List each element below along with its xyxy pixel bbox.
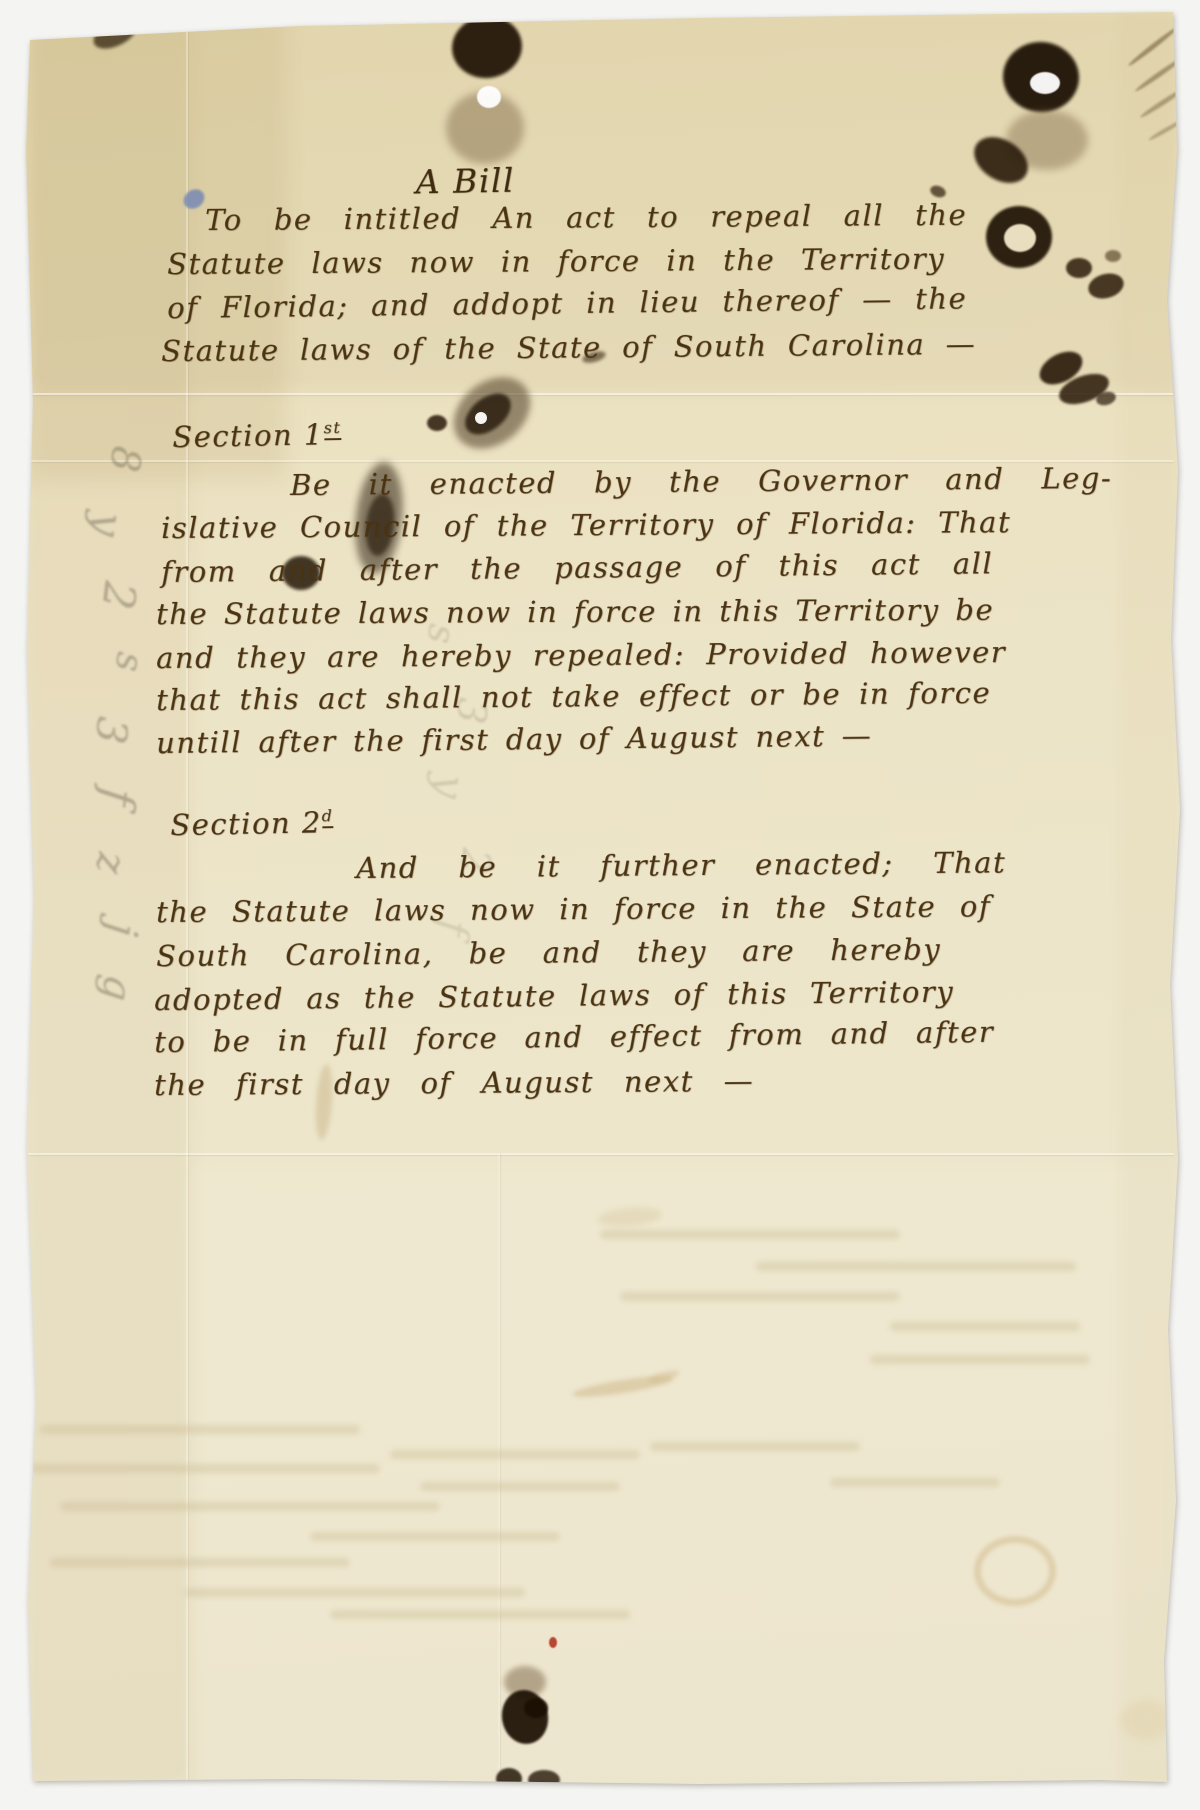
red-dot	[549, 1637, 557, 1648]
top-right-ink-blot-core	[1000, 39, 1082, 115]
scratch-mark-3	[1139, 86, 1187, 120]
bottom-edge-blot-2	[528, 1770, 560, 1790]
section-2-heading-superscript: d	[322, 806, 334, 828]
ghost-showthrough-row	[390, 1450, 640, 1459]
section-1-line-7: untill after the first day of August nex…	[156, 719, 872, 761]
section-1-line-6: that this act shall not take effect or b…	[156, 676, 991, 718]
blue-pigment-mark	[180, 185, 208, 212]
ghost-showthrough-glyph: y	[82, 510, 134, 540]
ghost-showthrough-row	[330, 1610, 630, 1619]
ghost-showthrough-glyph: z	[86, 850, 134, 877]
ghost-showthrough-row	[890, 1322, 1080, 1331]
top-left-corner-ink-marks	[89, 13, 141, 54]
ghost-showthrough-glyph: s	[107, 650, 153, 675]
scanned-document-viewport: A Bill 8y2s3fzjgs3y2fA BillTo be intitle…	[0, 0, 1200, 1810]
ghost-showthrough-row	[600, 1230, 900, 1239]
ghost-showthrough-glyph: y	[424, 772, 476, 802]
top-edge-speck-1	[252, 4, 286, 16]
scratch-mark-1	[1127, 25, 1179, 67]
ghost-showthrough-glyph: 3	[85, 714, 137, 747]
thereof-blot-1	[1034, 345, 1088, 391]
state-smudge-core	[458, 385, 519, 442]
ghost-showthrough-row	[50, 1558, 350, 1567]
top-center-ink-blot-hole	[477, 86, 501, 108]
ghost-showthrough-row	[756, 1262, 1076, 1271]
manuscript-paper: 8y2s3fzjgs3y2fA BillTo be intitled An ac…	[0, 0, 1200, 1810]
top-right-ink-blot-hole	[1030, 72, 1060, 94]
thereof-blot-2	[1055, 368, 1113, 410]
paper-shadow-wrapper: 8y2s3fzjgs3y2fA BillTo be intitled An ac…	[0, 0, 1200, 1810]
bottom-ink-blot-core	[498, 1686, 553, 1747]
top-right-ink-blot-fade	[1006, 110, 1088, 170]
section-2-line-4: adopted as the Statute laws of this Terr…	[154, 975, 954, 1018]
right-edge-shading	[1120, 10, 1180, 1790]
ghost-showthrough-row	[830, 1478, 1000, 1487]
section-1-line-3: from and after the passage of this act a…	[161, 546, 993, 590]
tan-streak	[572, 1372, 675, 1401]
diagonal-ink-blot	[966, 128, 1036, 193]
top-center-ink-blot-core	[448, 11, 526, 82]
ghost-showthrough-glyph: 2	[91, 578, 145, 612]
right-edge-blot-1	[1066, 258, 1092, 278]
ghost-showthrough-row	[870, 1355, 1090, 1364]
bottom-edge-blot-1	[496, 1768, 522, 1790]
thereof-blot-3	[1095, 390, 1118, 408]
scratch-mark-4	[1148, 118, 1185, 141]
preamble-line-1: To be intitled An act to repeal all the	[205, 198, 967, 238]
ghost-showthrough-row	[650, 1442, 860, 1451]
ghost-showthrough-row	[420, 1482, 620, 1491]
horseshoe-ink-blot-hole	[1004, 224, 1036, 252]
ghost-showthrough-glyph: g	[92, 972, 141, 1003]
scratch-mark-2	[1134, 56, 1184, 93]
section-2-line-3: South Carolina, be and they are hereby	[156, 932, 941, 974]
ghost-showthrough-row	[310, 1532, 560, 1541]
bottom-ink-blot-core2	[524, 1698, 548, 1718]
ghost-showthrough-glyph: j	[97, 920, 147, 939]
right-edge-blot-2	[1086, 270, 1127, 302]
ring-water-stain	[974, 1536, 1056, 1606]
horseshoe-ink-blot	[986, 206, 1052, 268]
ghost-showthrough-row	[185, 1588, 525, 1597]
ghost-showthrough-row	[40, 1425, 360, 1434]
top-center-ink-blot-fade	[446, 92, 524, 164]
ghost-showthrough-glyph: f	[91, 785, 147, 808]
bottom-right-tan-stain	[1120, 1700, 1170, 1740]
preamble-line-3: of Florida; and addopt in lieu thereof —…	[167, 281, 967, 326]
state-smudge-streak	[440, 363, 544, 464]
top-edge-speck-2	[300, 8, 326, 17]
ghost-showthrough-row	[30, 1464, 380, 1473]
title-line: A Bill	[380, 160, 551, 203]
bottom-lightening	[190, 1165, 1180, 1795]
section-2-heading: Section 2d	[170, 805, 334, 843]
state-smudge-hole	[475, 412, 487, 424]
section-1-heading: Section 1st	[172, 417, 342, 455]
ghost-showthrough-row	[620, 1292, 900, 1301]
top-left-corner-shading	[26, 10, 286, 480]
ghost-showthrough-glyph: 8	[100, 444, 149, 475]
section-2-line-2: the Statute laws now in force in the Sta…	[156, 889, 991, 930]
state-small-blot	[427, 415, 447, 431]
preamble-line-4: Statute laws of the State of South Carol…	[161, 327, 976, 369]
mid-tan-stain	[597, 1205, 662, 1229]
tan-streak-2	[647, 1368, 680, 1385]
right-edge-blot-3	[1105, 250, 1121, 262]
section-1-line-4: the Statute laws now in force in this Te…	[156, 593, 994, 632]
section-2-line-1: And be it further enacted; That	[356, 845, 1006, 885]
section-2-line-5: to be in full force and effect from and …	[154, 1015, 994, 1060]
fold-crease-lower	[28, 1153, 1174, 1155]
section-1-line-2: islative Council of the Territory of Flo…	[161, 505, 1011, 546]
section-2-line-6: the first day of August next —	[154, 1064, 754, 1103]
fold-crease-upper	[28, 393, 1174, 395]
preamble-line-2: Statute laws now in force in the Territo…	[167, 242, 945, 282]
fold-crease-center-bottom	[498, 1153, 500, 1780]
bottom-smear	[504, 1666, 546, 1698]
section-1-heading-superscript: st	[324, 418, 342, 440]
section-1-line-1: Be it enacted by the Governor and Leg-	[290, 461, 1112, 503]
section-1-line-5: and they are hereby repealed: Provided h…	[156, 635, 1006, 676]
ghost-showthrough-row	[60, 1502, 440, 1511]
